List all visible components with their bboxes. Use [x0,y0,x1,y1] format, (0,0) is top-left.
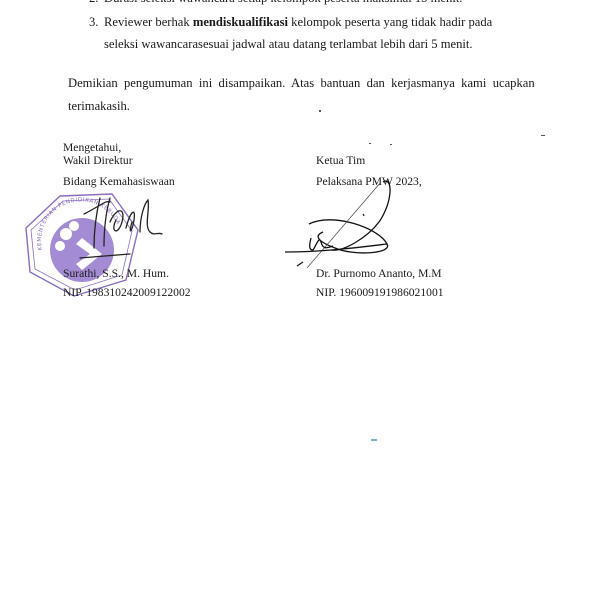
scan-speck [369,143,371,144]
left-signatory-nip: NIP. 198310242009122002 [63,286,191,299]
list-item-number: 3. [89,15,98,30]
left-title-line1: Wakil Direktur [63,154,133,167]
closing-paragraph-line1: Demikian pengumuman ini disampaikan. Ata… [68,76,535,91]
right-signatory-nip: NIP. 196009191986021001 [316,286,444,299]
right-signature-icon [283,172,398,272]
list-item-text: Durasi seleksi wawancara setiap kelompok… [104,0,462,6]
closing-paragraph-line2: terimakasih. [68,99,130,114]
left-signature-icon [70,192,170,267]
acknowledged-label: Mengetahui, [63,141,121,154]
list-item-text: Reviewer berhak mendiskualifikasi kelomp… [104,15,492,30]
scan-speck [319,110,321,112]
scan-speck [371,439,377,441]
right-title-line1: Ketua Tim [316,154,365,167]
list-item-text-continued: seleksi wawancarasesuai jadwal atau data… [104,37,473,52]
list-item-number: 2. [89,0,98,6]
left-signatory-name: Surathi, S.S., M. Hum. [63,267,169,280]
scan-speck [541,135,545,136]
right-signatory-name: Dr. Purnomo Ananto, M.M [316,267,442,280]
emphasis-text: mendiskualifikasi [193,15,288,29]
scan-speck [390,144,392,145]
